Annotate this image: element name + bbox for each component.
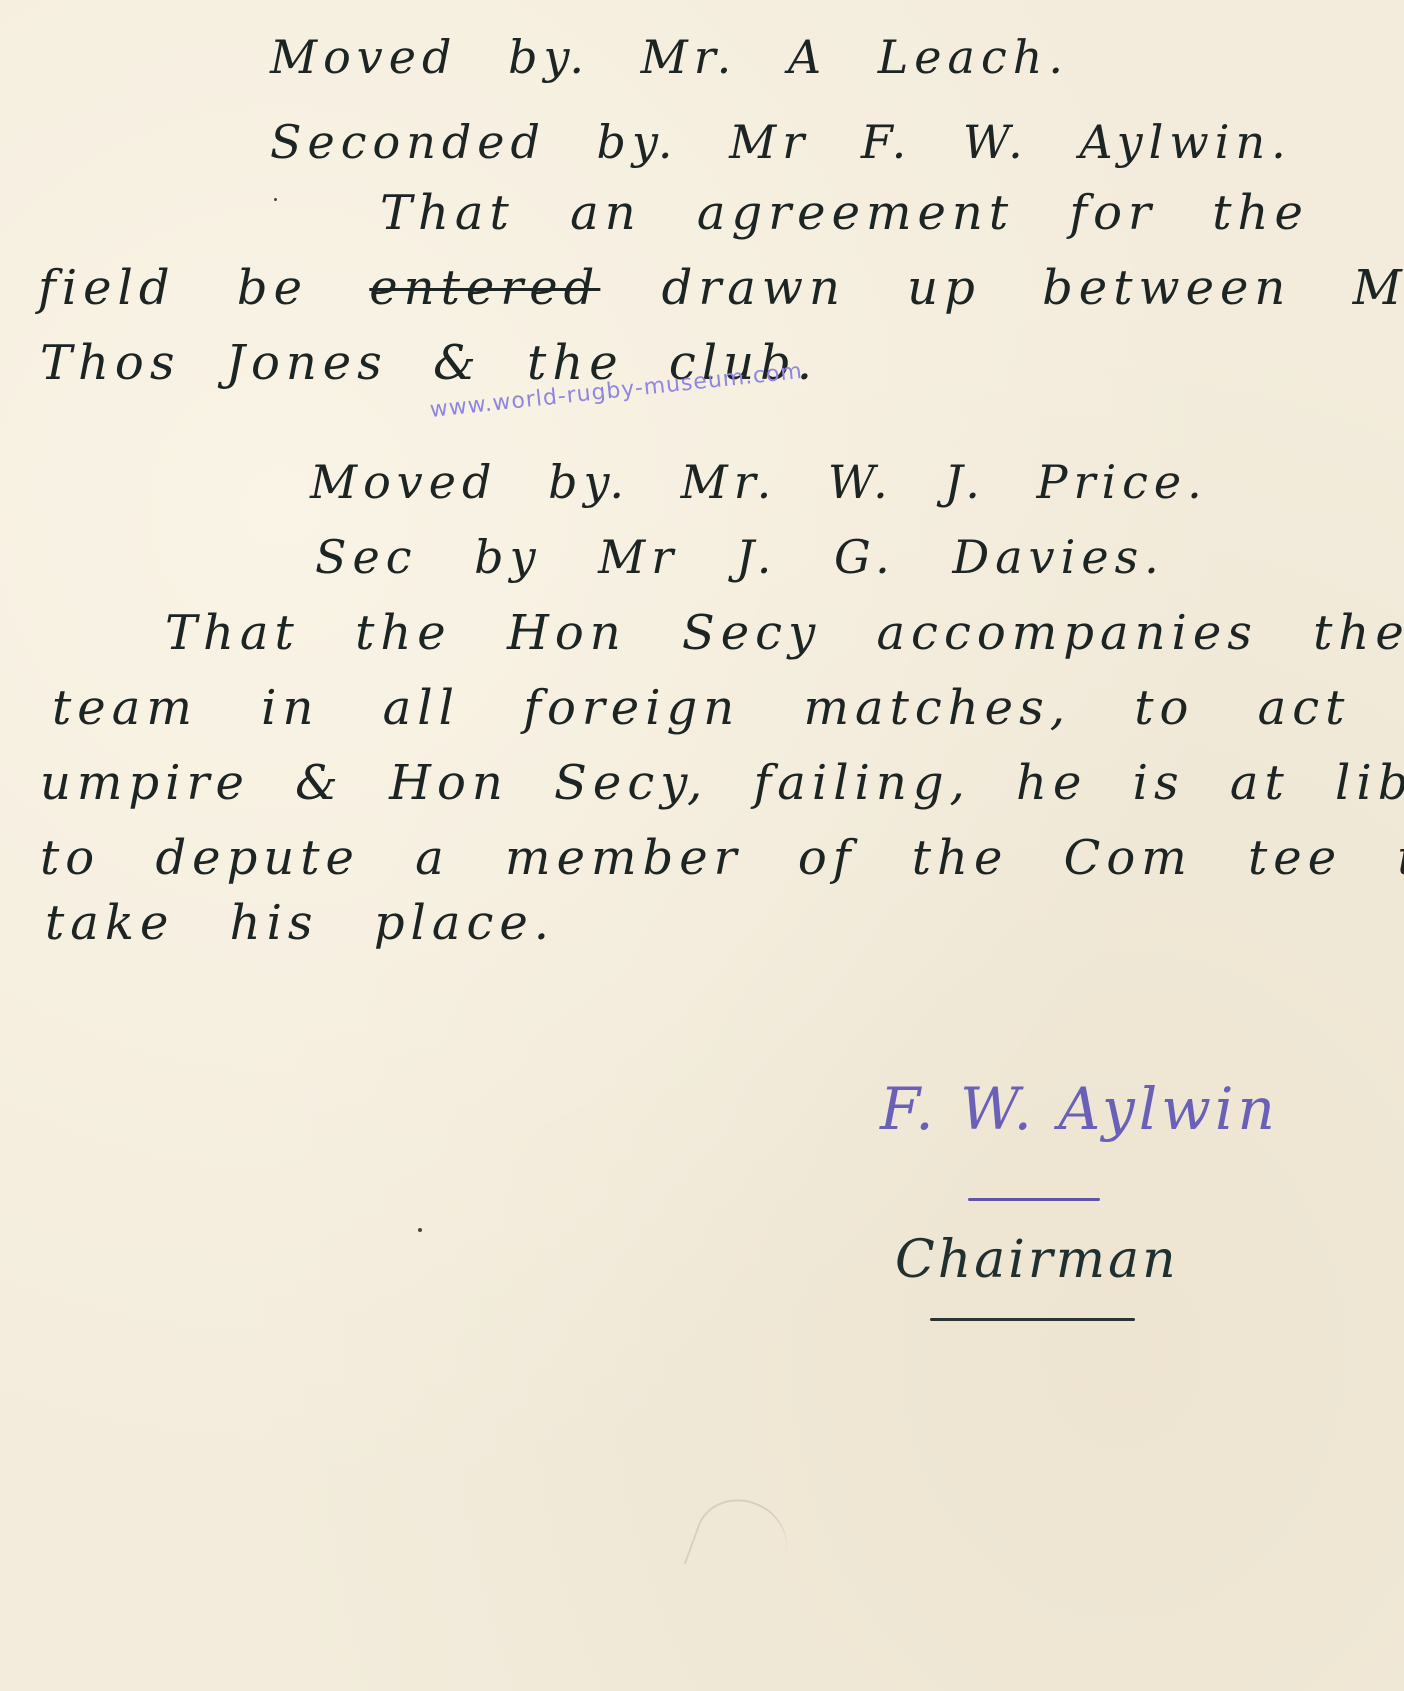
ink-speck <box>274 198 277 201</box>
motion-2-resolution-line: That the Hon Secy accompanies the <box>165 605 1404 661</box>
motion-2-resolution-line: team in all foreign matches, to act as <box>52 680 1404 736</box>
struck-through-word: entered <box>369 260 600 316</box>
motion-1-moved-by: Moved by. Mr. A Leach. <box>270 30 1069 84</box>
motion-2-resolution-line: umpire & Hon Secy, failing, he is at lib… <box>40 755 1404 811</box>
chairman-underline <box>930 1318 1135 1321</box>
resolution-line-2-suffix: drawn up between Mr <box>662 260 1404 316</box>
motion-2-seconded-by: Sec by Mr J. G. Davies. <box>315 530 1165 584</box>
motion-2-resolution-line: take his place. <box>45 895 555 951</box>
motion-2-resolution-line: to depute a member of the Com tee to <box>40 830 1404 886</box>
chairman-title: Chairman <box>895 1230 1179 1290</box>
motion-1-seconded-by: Seconded by. Mr F. W. Aylwin. <box>270 115 1292 169</box>
document-page: Moved by. Mr. A Leach. Seconded by. Mr F… <box>0 0 1404 1691</box>
signature-underline <box>968 1198 1100 1201</box>
paper-crease-mark <box>684 1487 798 1596</box>
ink-speck <box>418 1228 422 1232</box>
chairman-signature: F. W. Aylwin <box>880 1075 1279 1143</box>
resolution-line-2-prefix: field be <box>38 260 308 316</box>
motion-1-resolution-line-1: That an agreement for the <box>380 185 1309 241</box>
motion-1-resolution-line-2: field be entered drawn up between Mr <box>38 260 1404 316</box>
motion-2-moved-by: Moved by. Mr. W. J. Price. <box>310 455 1208 509</box>
